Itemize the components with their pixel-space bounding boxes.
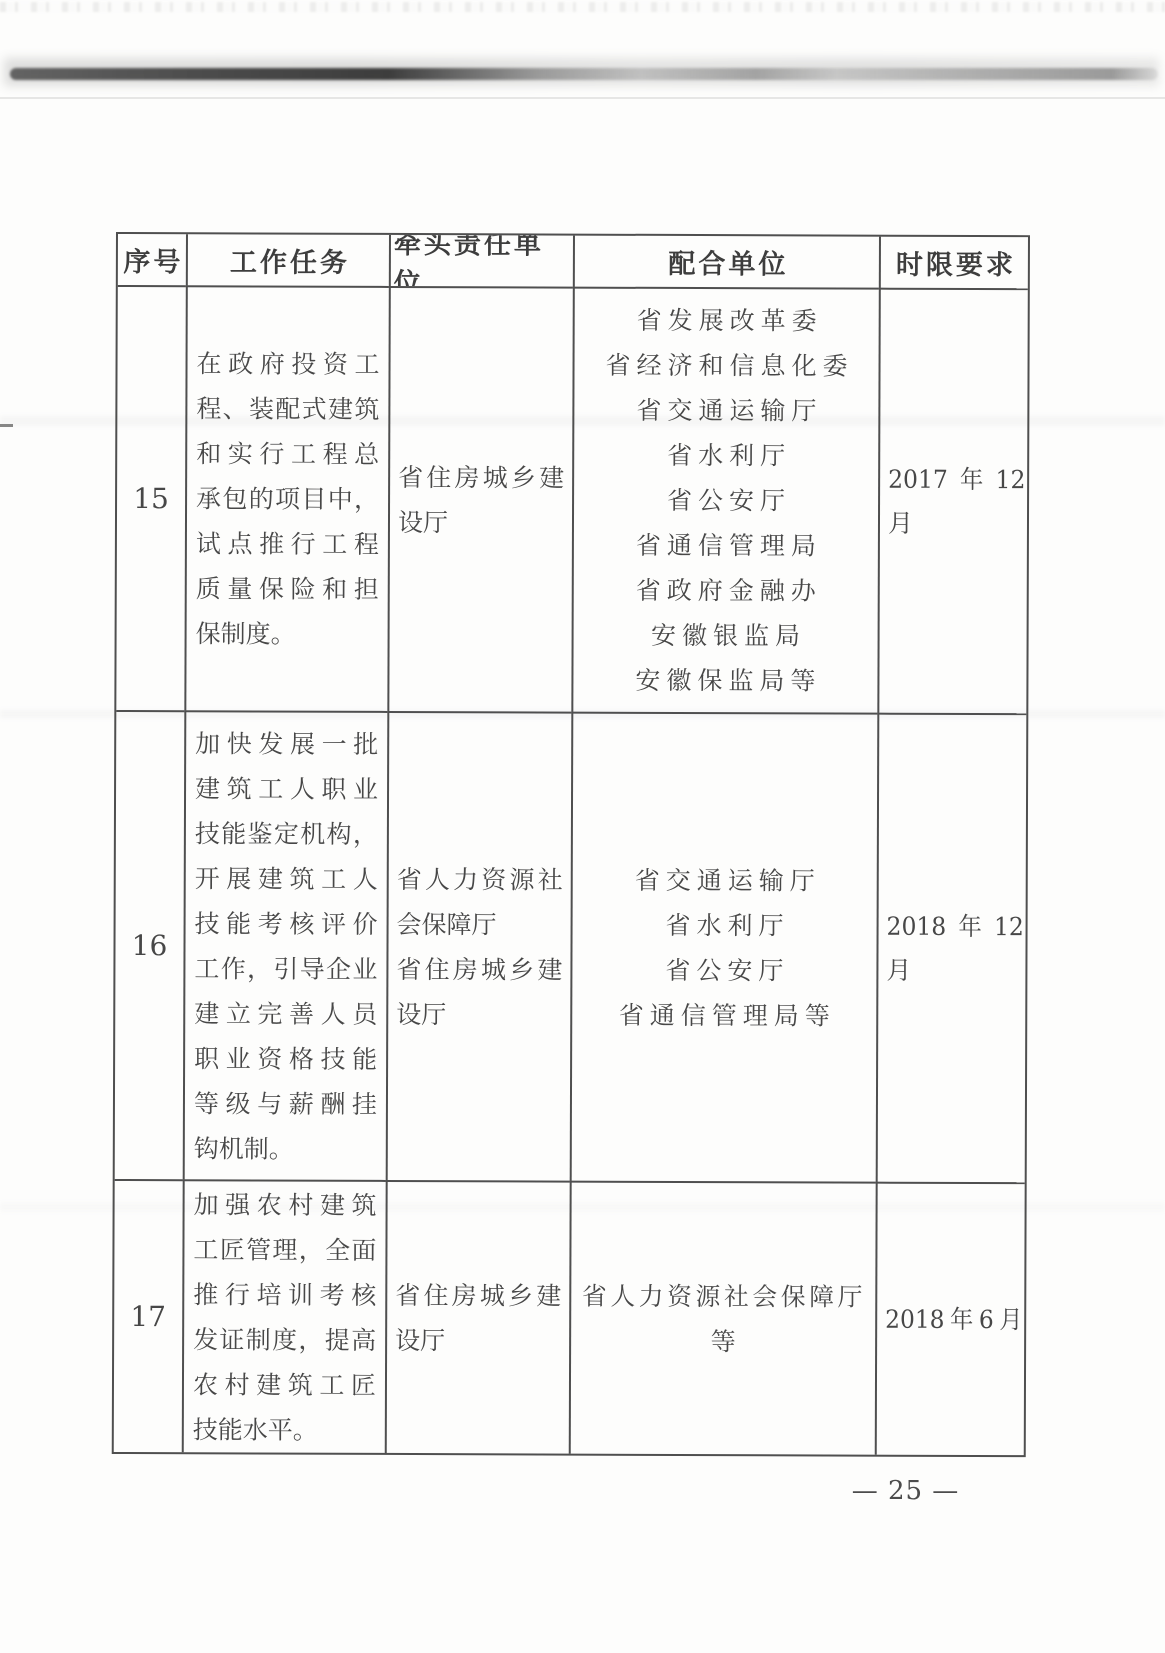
- text-line: 职业资格技能: [194, 1036, 377, 1082]
- text-line: 加强农村建筑: [194, 1182, 377, 1228]
- cell-deadline: 2017 年 12月: [877, 288, 1027, 714]
- cell-task: 加快发展一批建筑工人职业技能鉴定机构，开展建筑工人技能考核评价工作，引导企业建立…: [183, 710, 388, 1180]
- text-line: 省住房城乡建: [395, 1272, 561, 1318]
- text-line: 设厅: [396, 991, 562, 1037]
- text-line: 农村建筑工匠: [193, 1362, 376, 1408]
- header-cell-index: 序号: [118, 234, 186, 285]
- text-line: 和实行工程总: [196, 431, 379, 477]
- text-line: 省水利厅: [661, 433, 791, 478]
- text-line: 安徽银监局: [645, 613, 806, 659]
- text-line: 技能考核评价: [195, 901, 378, 947]
- cell-lead-unit: 省住房城乡建设厅: [387, 286, 572, 712]
- text-line: 建立完善人员: [194, 991, 377, 1037]
- text-line: 加快发展一批: [195, 721, 378, 767]
- page-number: — 25 —: [838, 1476, 973, 1506]
- text-line: 省交通运输厅: [630, 388, 822, 434]
- text-line: 省人力资源社: [397, 856, 563, 902]
- header-cell-task: 工作任务: [186, 234, 389, 286]
- text-line: 省住房城乡建: [398, 454, 564, 500]
- text-line: 会保障厅: [397, 901, 563, 947]
- text-line: 工匠管理，全面: [193, 1227, 376, 1273]
- text-line: 17: [130, 1294, 166, 1339]
- text-line: 省水利厅: [659, 902, 789, 947]
- cell-deadline: 2018 年 12月: [876, 713, 1027, 1183]
- table-row: 16加快发展一批建筑工人职业技能鉴定机构，开展建筑工人技能考核评价工作，引导企业…: [115, 710, 1027, 1182]
- text-line: 省公安厅: [659, 947, 789, 992]
- text-line: 省住房城乡建: [396, 946, 562, 992]
- header-cell-coop-unit: 配合单位: [573, 236, 879, 288]
- scan-fold-line: [10, 68, 1158, 80]
- cell-task: 加强农村建筑工匠管理，全面推行培训考核发证制度，提高农村建筑工匠技能水平。: [182, 1179, 386, 1453]
- text-line: 钩机制。: [194, 1126, 377, 1172]
- text-line: 程、装配式建筑: [196, 386, 379, 432]
- text-line: 省发展改革委: [631, 298, 823, 344]
- text-line: 发证制度，提高: [193, 1317, 376, 1363]
- cell-coop-units: 省发展改革委省经济和信息化委省交通运输厅省水利厅省公安厅省通信管理局省政府金融办…: [571, 287, 878, 713]
- text-line: 15: [133, 476, 169, 521]
- text-line: 试点推行工程: [196, 521, 379, 567]
- text-line: 省交通运输厅: [629, 857, 821, 903]
- text-line: 省通信管理局: [630, 523, 822, 569]
- cell-coop-units: 省交通运输厅省水利厅省公安厅省通信管理局等: [570, 712, 878, 1182]
- text-line: 承包的项目中，: [196, 476, 379, 522]
- text-line: 技能鉴定机构，: [195, 811, 378, 857]
- text-line: 安徽保监局等: [629, 658, 821, 704]
- table-row: 15在政府投资工程、装配式建筑和实行工程总承包的项目中，试点推行工程质量保险和担…: [116, 285, 1027, 713]
- work-task-table: 序号 工作任务 牵头责任单位 配合单位 时限要求 15在政府投资工程、装配式建筑…: [112, 232, 1030, 1457]
- text-line: 工作，引导企业: [194, 946, 377, 992]
- cell-lead-unit: 省住房城乡建设厅: [385, 1180, 570, 1454]
- text-line: 省公安厅: [661, 478, 791, 523]
- text-line: 2018 年 6 月: [885, 1297, 1023, 1341]
- cell-index: 15: [116, 285, 185, 710]
- text-line: 质量保险和担: [196, 566, 379, 612]
- scan-faint-line: [0, 97, 1165, 99]
- text-line: 省人力资源社会保障厅: [578, 1273, 866, 1319]
- text-line: 设厅: [395, 1317, 561, 1363]
- cell-coop-units: 省人力资源社会保障厅等: [569, 1181, 876, 1455]
- text-line: 开展建筑工人: [195, 856, 378, 902]
- text-line: 等: [705, 1319, 742, 1364]
- text-line: 省经济和信息化委: [599, 343, 853, 389]
- text-line: 2018 年 12: [887, 904, 1024, 948]
- text-line: 推行培训考核: [193, 1272, 376, 1318]
- cell-lead-unit: 省人力资源社会保障厅省住房城乡建设厅: [386, 711, 572, 1181]
- table-header-row: 序号 工作任务 牵头责任单位 配合单位 时限要求: [118, 234, 1028, 288]
- header-cell-lead-unit: 牵头责任单位: [389, 235, 573, 287]
- header-cell-deadline: 时限要求: [879, 237, 1028, 289]
- cell-task: 在政府投资工程、装配式建筑和实行工程总承包的项目中，试点推行工程质量保险和担保制…: [184, 285, 388, 711]
- text-line: 设厅: [398, 499, 564, 545]
- text-line: 省通信管理局等: [613, 992, 836, 1038]
- text-line: 月: [886, 948, 911, 992]
- cell-index: 17: [114, 1179, 183, 1452]
- cell-index: 16: [115, 710, 185, 1179]
- cell-deadline: 2018 年 6 月: [875, 1182, 1025, 1456]
- text-line: 16: [132, 923, 168, 968]
- scan-edge-noise: [0, 2, 1165, 12]
- text-line: 保制度。: [196, 611, 379, 657]
- text-line: 省政府金融办: [630, 568, 822, 614]
- text-line: 在政府投资工: [196, 341, 379, 387]
- table-row: 17加强农村建筑工匠管理，全面推行培训考核发证制度，提高农村建筑工匠技能水平。省…: [114, 1179, 1025, 1455]
- text-line: 2017 年 12: [888, 457, 1025, 501]
- text-line: 技能水平。: [193, 1407, 376, 1453]
- text-line: 等级与薪酬挂: [194, 1081, 377, 1127]
- text-line: 月: [888, 501, 913, 545]
- text-line: 建筑工人职业: [195, 766, 378, 812]
- scanned-document-page: { "document": { "page_number": "— 25 —" …: [0, 0, 1165, 1653]
